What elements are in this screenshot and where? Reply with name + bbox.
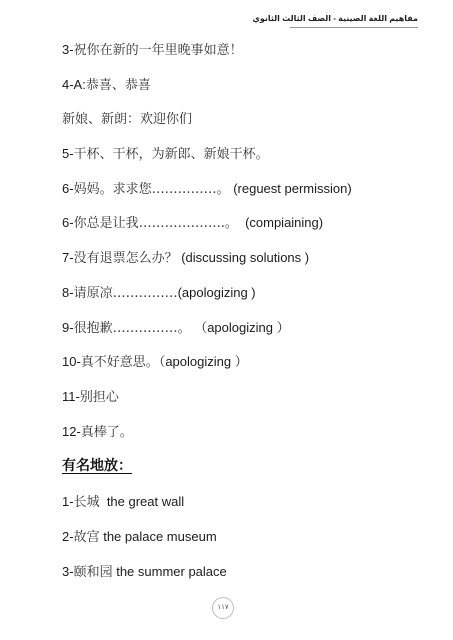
line-number: 9- <box>62 320 74 335</box>
english-note: the great wall <box>107 494 184 509</box>
chinese-text: 请原凉…………… <box>74 286 178 301</box>
phrase-line-6a: 6-妈妈。求求您……………。 (reguest permission) <box>62 181 352 198</box>
place-line-2: 2-故宫 the palace museum <box>62 529 217 546</box>
chinese-text: 干杯、干杯，为新郎、新娘干杯。 <box>74 147 269 162</box>
chinese-text: 恭喜、恭喜 <box>86 78 151 93</box>
english-note: (apologizing ) <box>178 285 256 300</box>
line-number: 6- <box>62 181 74 196</box>
chinese-text: 新娘、新朗：欢迎你们 <box>62 112 192 127</box>
phrase-line-4b: 新娘、新朗：欢迎你们 <box>62 111 192 128</box>
line-number: 6- <box>62 215 74 230</box>
chinese-text: 妈妈。求求您……………。 <box>74 182 230 197</box>
page-header: مفاهيم اللغة الصينية - الصف الثالث الثان… <box>290 14 418 28</box>
line-number: 3- <box>62 564 74 579</box>
english-note: （apologizing ） <box>194 320 289 335</box>
chinese-text: 很抱歉……………。 <box>74 321 191 336</box>
chinese-text: 你总是让我………………..。 <box>74 216 238 231</box>
place-line-3: 3-颐和园 the summer palace <box>62 564 227 581</box>
section-heading-famous-places: 有名地放： <box>62 455 132 475</box>
phrase-line-8: 8-请原凉……………(apologizing ) <box>62 285 256 302</box>
english-note: the palace museum <box>103 529 216 544</box>
chinese-text: 真不好意思。 <box>81 355 159 370</box>
page-number-badge: ١١٧ <box>212 597 234 619</box>
phrase-line-9: 9-很抱歉……………。 （apologizing ） <box>62 320 290 337</box>
place-line-1: 1-长城 the great wall <box>62 494 184 511</box>
english-note: (discussing solutions ) <box>181 250 309 265</box>
line-number: 12- <box>62 424 81 439</box>
line-number: 11- <box>62 389 80 404</box>
line-number: 7- <box>62 250 74 265</box>
phrase-line-11: 11-别担心 <box>62 389 119 406</box>
line-number: 8- <box>62 285 74 300</box>
phrase-line-4: 4-A:恭喜、恭喜 <box>62 77 151 94</box>
phrase-line-10: 10-真不好意思。（apologizing ） <box>62 354 248 371</box>
line-number: 4-A: <box>62 77 86 92</box>
line-number: 10- <box>62 354 81 369</box>
chinese-text: 颐和园 <box>74 565 113 580</box>
line-number: 1- <box>62 494 74 509</box>
phrase-line-6b: 6-你总是让我………………..。 (compiaining) <box>62 215 323 232</box>
phrase-line-7: 7-没有退票怎么办？ (discussing solutions ) <box>62 250 309 267</box>
phrase-line-12: 12-真棒了。 <box>62 424 133 441</box>
english-note: (reguest permission) <box>233 181 352 196</box>
line-number: 2- <box>62 529 74 544</box>
english-note: （apologizing ） <box>159 354 248 369</box>
chinese-text: 真棒了。 <box>81 425 133 440</box>
chinese-text: 别担心 <box>80 390 119 405</box>
english-note: the summer palace <box>116 564 227 579</box>
chinese-text: 长城 <box>74 495 100 510</box>
chinese-text: 故宫 <box>74 530 100 545</box>
line-number: 3- <box>62 42 74 57</box>
line-number: 5- <box>62 146 74 161</box>
chinese-text: 没有退票怎么办？ <box>74 251 178 266</box>
phrase-line-3: 3-祝你在新的一年里晚事如意！ <box>62 42 243 59</box>
phrase-line-5: 5-干杯、干杯，为新郎、新娘干杯。 <box>62 146 269 163</box>
chinese-text: 祝你在新的一年里晚事如意！ <box>74 43 243 58</box>
english-note: (compiaining) <box>245 215 323 230</box>
